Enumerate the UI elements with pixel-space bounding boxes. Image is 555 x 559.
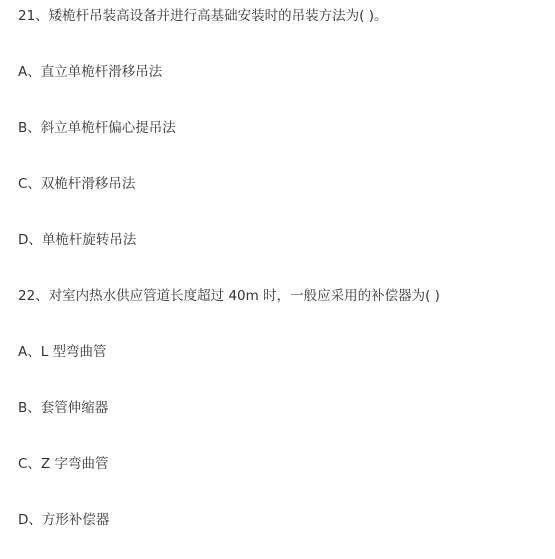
question-21-option-d: D、单桅杆旋转吊法: [18, 231, 136, 249]
question-21-option-b: B、斜立单桅杆偏心提吊法: [18, 119, 176, 137]
question-22-option-b: B、套管伸缩器: [18, 399, 108, 417]
question-21-option-c: C、双桅杆滑移吊法: [18, 175, 135, 193]
question-22-option-c: C、Z 字弯曲管: [18, 455, 108, 473]
question-22-option-a: A、L 型弯曲管: [18, 343, 107, 361]
question-22-option-d: D、方形补偿器: [18, 511, 109, 529]
question-21-option-a: A、直立单桅杆滑移吊法: [18, 63, 162, 81]
question-22-stem: 22、对室内热水供应管道长度超过 40m 时，一般应采用的补偿器为( ): [18, 287, 440, 305]
question-21-stem: 21、矮桅杆吊装高设备并进行高基础安装时的吊装方法为( )。: [18, 7, 388, 25]
